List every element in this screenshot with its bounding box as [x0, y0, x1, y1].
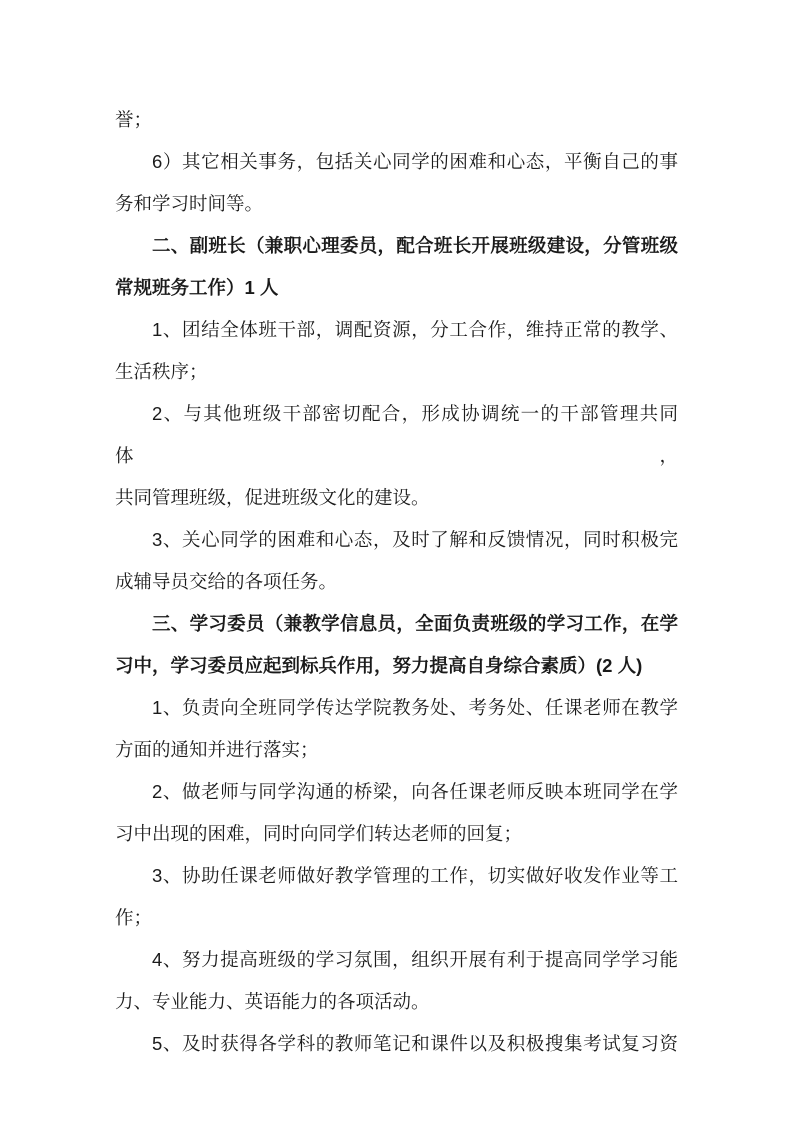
text-line: 3、关心同学的困难和心态，及时了解和反馈情况，同时积极完 — [115, 519, 678, 561]
text-line: 成辅导员交给的各项任务。 — [115, 561, 678, 603]
text-line: 三、学习委员（兼教学信息员，全面负责班级的学习工作，在学 — [115, 603, 678, 645]
body-paragraph: 4、努力提高班级的学习氛围，组织开展有利于提高同学学习能力、专业能力、英语能力的… — [115, 939, 678, 1023]
text-line: 生活秩序； — [115, 351, 678, 393]
body-paragraph: 3、关心同学的困难和心态，及时了解和反馈情况，同时积极完成辅导员交给的各项任务。 — [115, 519, 678, 603]
text-line: 3、协助任课老师做好教学管理的工作，切实做好收发作业等工 — [115, 855, 678, 897]
text-line: 5、及时获得各学科的教师笔记和课件以及积极搜集考试复习资 — [115, 1023, 678, 1065]
body-paragraph: 3、协助任课老师做好教学管理的工作，切实做好收发作业等工作； — [115, 855, 678, 939]
heading-paragraph: 二、副班长（兼职心理委员，配合班长开展班级建设，分管班级常规班务工作）1 人 — [115, 225, 678, 309]
text-line: 2、做老师与同学沟通的桥梁，向各任课老师反映本班同学在学 — [115, 771, 678, 813]
body-paragraph: 1、团结全体班干部，调配资源，分工合作，维持正常的教学、生活秩序； — [115, 309, 678, 393]
text-line: 二、副班长（兼职心理委员，配合班长开展班级建设，分管班级 — [115, 225, 678, 267]
text-line: 2、与其他班级干部密切配合，形成协调统一的干部管理共同体， — [115, 393, 678, 477]
text-line: 力、专业能力、英语能力的各项活动。 — [115, 981, 678, 1023]
text-line: 作； — [115, 897, 678, 939]
text-line: 共同管理班级，促进班级文化的建设。 — [115, 477, 678, 519]
document-page: 誉；6）其它相关事务，包括关心同学的困难和心态，平衡自己的事务和学习时间等。二、… — [0, 0, 793, 1122]
text-line: 6）其它相关事务，包括关心同学的困难和心态，平衡自己的事 — [115, 141, 678, 183]
body-paragraph: 1、负责向全班同学传达学院教务处、考务处、任课老师在教学方面的通知并进行落实； — [115, 687, 678, 771]
text-line: 习中出现的困难，同时向同学们转达老师的回复； — [115, 813, 678, 855]
body-paragraph: 5、及时获得各学科的教师笔记和课件以及积极搜集考试复习资 — [115, 1023, 678, 1065]
body-paragraph: 2、做老师与同学沟通的桥梁，向各任课老师反映本班同学在学习中出现的困难，同时向同… — [115, 771, 678, 855]
body-paragraph: 6）其它相关事务，包括关心同学的困难和心态，平衡自己的事务和学习时间等。 — [115, 141, 678, 225]
body-paragraph: 2、与其他班级干部密切配合，形成协调统一的干部管理共同体，共同管理班级，促进班级… — [115, 393, 678, 519]
text-line: 4、努力提高班级的学习氛围，组织开展有利于提高同学学习能 — [115, 939, 678, 981]
body-paragraph: 誉； — [115, 99, 678, 141]
text-line: 习中，学习委员应起到标兵作用，努力提高自身综合素质）(2 人) — [115, 645, 678, 687]
text-line: 誉； — [115, 99, 678, 141]
text-line: 1、负责向全班同学传达学院教务处、考务处、任课老师在教学 — [115, 687, 678, 729]
text-line: 常规班务工作）1 人 — [115, 267, 678, 309]
heading-paragraph: 三、学习委员（兼教学信息员，全面负责班级的学习工作，在学习中，学习委员应起到标兵… — [115, 603, 678, 687]
text-line: 方面的通知并进行落实； — [115, 729, 678, 771]
text-line: 1、团结全体班干部，调配资源，分工合作，维持正常的教学、 — [115, 309, 678, 351]
text-line: 务和学习时间等。 — [115, 183, 678, 225]
